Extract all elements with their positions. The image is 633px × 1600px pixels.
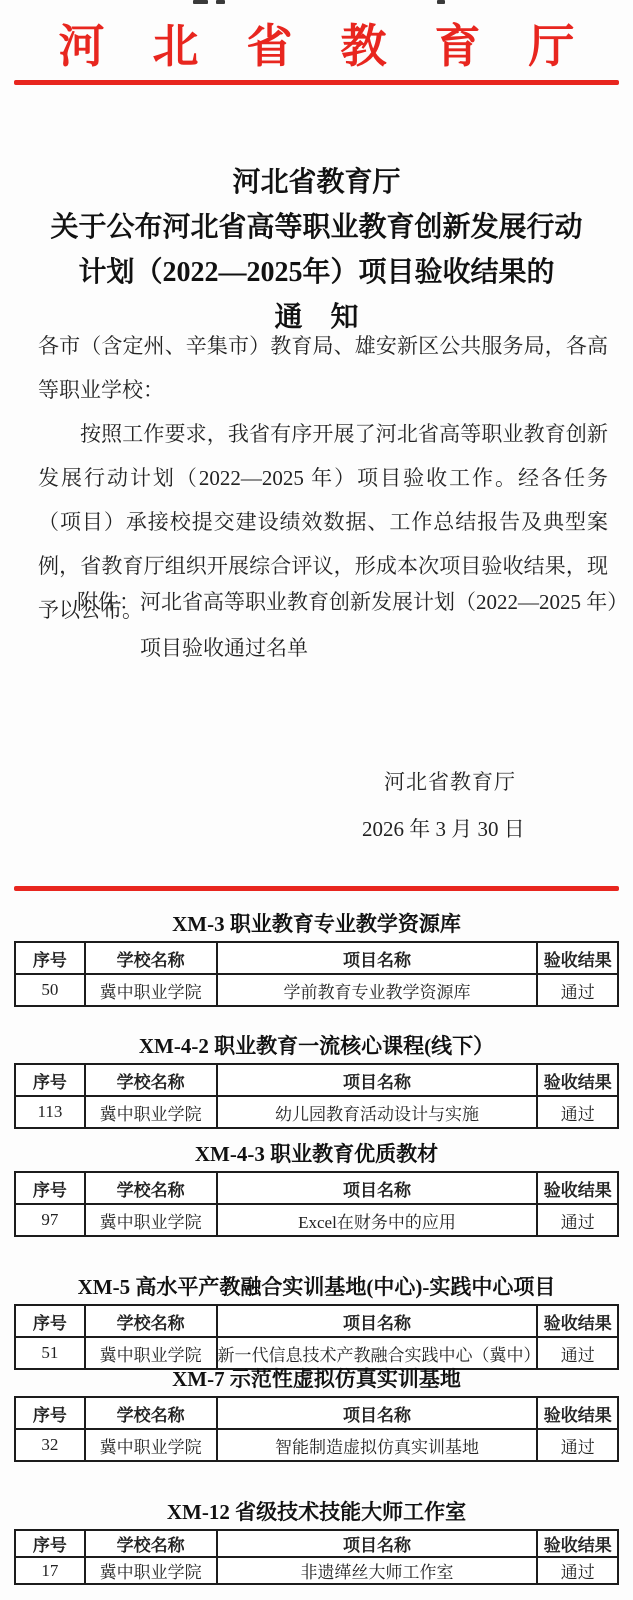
table-row: 50 冀中职业学院 学前教育专业教学资源库 通过 (15, 974, 618, 1006)
results-table: 序号 学校名称 项目名称 验收结果 17 冀中职业学院 非遗缂丝大师工作室 通过 (14, 1529, 619, 1585)
results-table: 序号 学校名称 项目名称 验收结果 50 冀中职业学院 学前教育专业教学资源库 … (14, 941, 619, 1007)
red-divider-top (14, 80, 619, 85)
cell-project: 智能制造虚拟仿真实训基地 (217, 1429, 538, 1461)
cell-school: 冀中职业学院 (85, 1096, 217, 1128)
table-header-row: 序号 学校名称 项目名称 验收结果 (15, 1064, 618, 1096)
cell-result: 通过 (537, 1096, 618, 1128)
cell-seq: 97 (15, 1204, 85, 1236)
attachment-line-2: 项目验收通过名单 (140, 632, 308, 662)
col-header-school: 学校名称 (85, 1530, 217, 1557)
col-header-seq: 序号 (15, 1397, 85, 1429)
col-header-project: 项目名称 (217, 1064, 538, 1096)
section-title: XM-7 示范性虚拟仿真实训基地 (0, 1367, 633, 1391)
section-xm-4-2: XM-4-2 职业教育一流核心课程(线下） 序号 学校名称 项目名称 验收结果 … (0, 1034, 633, 1129)
notice-title: 河北省教育厅 关于公布河北省高等职业教育创新发展行动 计划（2022—2025年… (0, 160, 633, 340)
col-header-school: 学校名称 (85, 942, 217, 974)
section-title: XM-4-3 职业教育优质教材 (0, 1142, 633, 1166)
cell-result: 通过 (537, 1337, 618, 1369)
col-header-school: 学校名称 (85, 1305, 217, 1337)
col-header-result: 验收结果 (537, 1397, 618, 1429)
col-header-result: 验收结果 (537, 942, 618, 974)
col-header-seq: 序号 (15, 1530, 85, 1557)
section-xm-7: XM-7 示范性虚拟仿真实训基地 序号 学校名称 项目名称 验收结果 32 冀中… (0, 1367, 633, 1462)
scan-artifact (193, 0, 208, 4)
section-xm-5: XM-5 高水平产教融合实训基地(中心)-实践中心项目 序号 学校名称 项目名称… (0, 1275, 633, 1370)
section-title: XM-12 省级技术技能大师工作室 (0, 1500, 633, 1524)
col-header-project: 项目名称 (217, 942, 538, 974)
scan-artifact (437, 0, 445, 4)
cell-seq: 51 (15, 1337, 85, 1369)
document-page: 河北省教育厅 河北省教育厅 关于公布河北省高等职业教育创新发展行动 计划（202… (0, 0, 633, 1600)
table-header-row: 序号 学校名称 项目名称 验收结果 (15, 1172, 618, 1204)
section-title: XM-3 职业教育专业教学资源库 (0, 912, 633, 936)
col-header-project: 项目名称 (217, 1172, 538, 1204)
cell-school: 冀中职业学院 (85, 1429, 217, 1461)
cell-project: 学前教育专业教学资源库 (217, 974, 538, 1006)
cell-project: 新一代信息技术产教融合实践中心（冀中） (217, 1337, 538, 1369)
cell-seq: 50 (15, 974, 85, 1006)
cell-result: 通过 (537, 1557, 618, 1584)
col-header-seq: 序号 (15, 1064, 85, 1096)
cell-project: 非遗缂丝大师工作室 (217, 1557, 538, 1584)
table-header-row: 序号 学校名称 项目名称 验收结果 (15, 1305, 618, 1337)
scan-artifact (216, 0, 225, 4)
cell-project: Excel在财务中的应用 (217, 1204, 538, 1236)
col-header-result: 验收结果 (537, 1530, 618, 1557)
letterhead-title: 河北省教育厅 (0, 10, 633, 76)
table-row: 113 冀中职业学院 幼儿园教育活动设计与实施 通过 (15, 1096, 618, 1128)
col-header-school: 学校名称 (85, 1064, 217, 1096)
col-header-project: 项目名称 (217, 1397, 538, 1429)
col-header-result: 验收结果 (537, 1172, 618, 1204)
results-table: 序号 学校名称 项目名称 验收结果 97 冀中职业学院 Excel在财务中的应用… (14, 1171, 619, 1237)
col-header-seq: 序号 (15, 1172, 85, 1204)
cell-school: 冀中职业学院 (85, 1337, 217, 1369)
notice-title-line-1: 河北省教育厅 (0, 160, 633, 205)
col-header-project: 项目名称 (217, 1305, 538, 1337)
cell-project: 幼儿园教育活动设计与实施 (217, 1096, 538, 1128)
table-row: 17 冀中职业学院 非遗缂丝大师工作室 通过 (15, 1557, 618, 1584)
cell-school: 冀中职业学院 (85, 974, 217, 1006)
results-table: 序号 学校名称 项目名称 验收结果 51 冀中职业学院 新一代信息技术产教融合实… (14, 1304, 619, 1370)
section-xm-12: XM-12 省级技术技能大师工作室 序号 学校名称 项目名称 验收结果 17 冀… (0, 1500, 633, 1585)
attachment-line-1: 附件：河北省高等职业教育创新发展计划（2022—2025 年） (77, 586, 628, 616)
red-divider-middle (14, 886, 619, 891)
notice-title-line-3: 计划（2022—2025年）项目验收结果的 (0, 250, 633, 295)
results-table: 序号 学校名称 项目名称 验收结果 32 冀中职业学院 智能制造虚拟仿真实训基地… (14, 1396, 619, 1462)
cell-result: 通过 (537, 974, 618, 1006)
results-table: 序号 学校名称 项目名称 验收结果 113 冀中职业学院 幼儿园教育活动设计与实… (14, 1063, 619, 1129)
cell-seq: 17 (15, 1557, 85, 1584)
cell-result: 通过 (537, 1204, 618, 1236)
col-header-school: 学校名称 (85, 1397, 217, 1429)
section-xm-3: XM-3 职业教育专业教学资源库 序号 学校名称 项目名称 验收结果 50 冀中… (0, 912, 633, 1007)
cell-seq: 113 (15, 1096, 85, 1128)
salutation: 各市（含定州、辛集市）教育局、雄安新区公共服务局，各高等职业学校： (38, 324, 608, 412)
signature-org: 河北省教育厅 (384, 766, 516, 796)
cell-school: 冀中职业学院 (85, 1204, 217, 1236)
col-header-seq: 序号 (15, 942, 85, 974)
table-row: 97 冀中职业学院 Excel在财务中的应用 通过 (15, 1204, 618, 1236)
cell-seq: 32 (15, 1429, 85, 1461)
col-header-project: 项目名称 (217, 1530, 538, 1557)
col-header-result: 验收结果 (537, 1305, 618, 1337)
cell-school: 冀中职业学院 (85, 1557, 217, 1584)
cell-result: 通过 (537, 1429, 618, 1461)
col-header-seq: 序号 (15, 1305, 85, 1337)
table-header-row: 序号 学校名称 项目名称 验收结果 (15, 1397, 618, 1429)
col-header-school: 学校名称 (85, 1172, 217, 1204)
table-header-row: 序号 学校名称 项目名称 验收结果 (15, 1530, 618, 1557)
signature-date: 2026 年 3 月 30 日 (362, 813, 525, 843)
section-xm-4-3: XM-4-3 职业教育优质教材 序号 学校名称 项目名称 验收结果 97 冀中职… (0, 1142, 633, 1237)
table-header-row: 序号 学校名称 项目名称 验收结果 (15, 942, 618, 974)
table-row: 32 冀中职业学院 智能制造虚拟仿真实训基地 通过 (15, 1429, 618, 1461)
col-header-result: 验收结果 (537, 1064, 618, 1096)
section-title: XM-4-2 职业教育一流核心课程(线下） (0, 1034, 633, 1058)
notice-title-line-2: 关于公布河北省高等职业教育创新发展行动 (0, 205, 633, 250)
section-title: XM-5 高水平产教融合实训基地(中心)-实践中心项目 (0, 1275, 633, 1299)
table-row: 51 冀中职业学院 新一代信息技术产教融合实践中心（冀中） 通过 (15, 1337, 618, 1369)
